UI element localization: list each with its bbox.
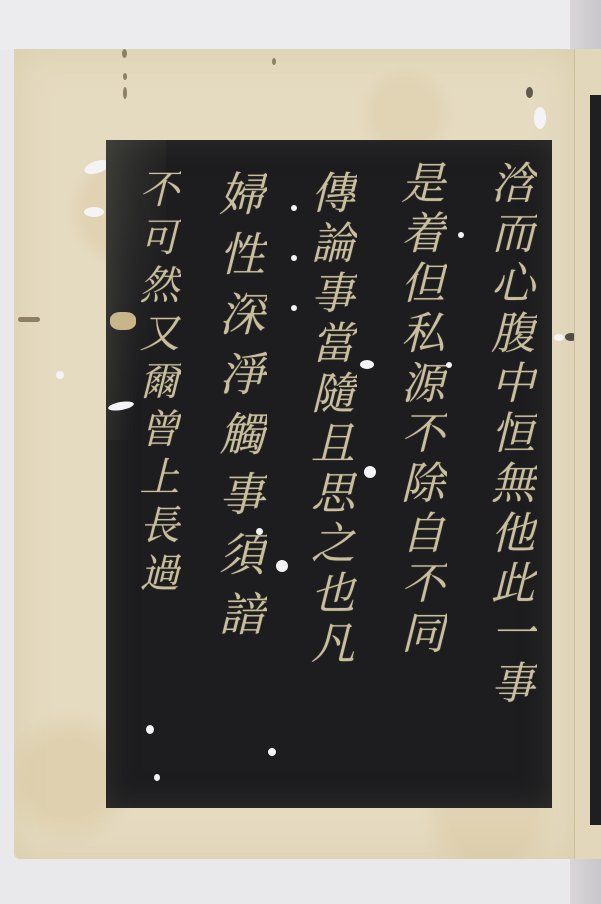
wormhole	[154, 774, 160, 781]
rubbing-panel: 浛而心腹中恒無他此一事 是着但私源不除自不同 傳論事當隨且思之也凡 婦性深淨觸事…	[106, 140, 552, 808]
wormhole	[256, 528, 263, 535]
calligraphy-column-5: 不可然又爾曾上長過	[136, 168, 176, 600]
wormhole	[360, 360, 374, 369]
stain	[123, 73, 127, 80]
wormhole	[291, 205, 297, 211]
wormhole	[276, 560, 288, 572]
wormhole	[291, 305, 297, 311]
stain	[123, 87, 127, 99]
calligraphy-column-1: 浛而心腹中恒無他此一事	[486, 160, 530, 710]
wormhole	[554, 334, 564, 341]
paper-damage	[110, 312, 136, 330]
background-top	[0, 0, 601, 50]
calligraphy-column-4: 婦性深淨觸事須諳	[216, 170, 262, 650]
wormhole	[56, 371, 64, 379]
stain	[18, 317, 40, 322]
wormhole	[146, 725, 154, 734]
wormhole	[446, 362, 452, 368]
wormhole	[108, 400, 135, 412]
wormhole	[364, 466, 376, 478]
calligraphy-column-3: 傳論事當隨且思之也凡	[306, 170, 350, 670]
stain	[122, 49, 127, 58]
wormhole	[268, 748, 276, 756]
wormhole	[84, 207, 104, 217]
wormhole	[534, 107, 546, 129]
wormhole	[291, 255, 297, 261]
stain	[272, 58, 276, 65]
stain	[526, 87, 533, 98]
wormhole	[458, 232, 464, 238]
next-page-rubbing	[590, 95, 601, 825]
calligraphy-column-2: 是着但私源不除自不同	[396, 160, 440, 660]
